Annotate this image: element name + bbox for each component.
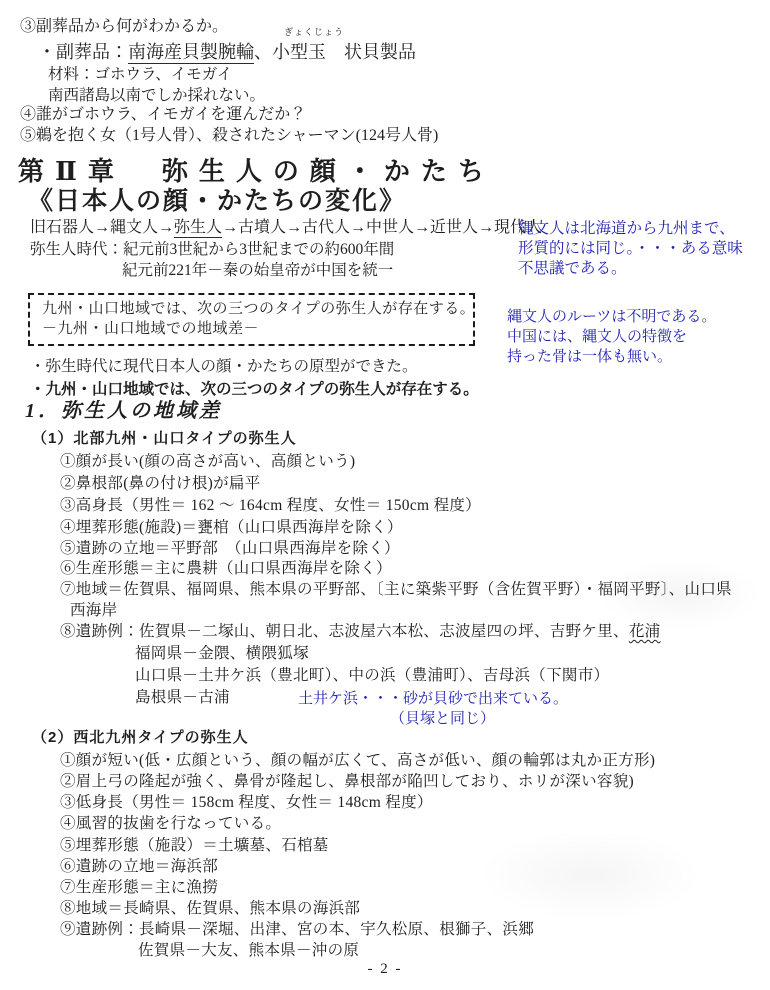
material-line: 材料：ゴホウラ、イモガイ — [48, 65, 232, 84]
era-line-2: 紀元前221年－秦の始皇帝が中国を統一 — [122, 261, 393, 280]
note-doigahama: 土井ケ浜・・・砂が貝砂で出来ている。 — [298, 690, 568, 709]
sub1-item-1: ①顔が長い(顔の高さが高い、高顔という) — [60, 452, 355, 471]
site-list-fukuoka: 福岡県－金隈、横隈狐塚 — [135, 644, 309, 663]
note-line: 縄文人のルーツは不明である。 — [507, 307, 716, 327]
sub1-item-3: ③高身長（男性＝ 162 ～ 164cm 程度、女性＝ 150cm 程度） — [60, 496, 481, 515]
note-line: 縄文人は北海道から九州まで、 — [518, 219, 743, 239]
page-number: - 2 - — [0, 961, 770, 978]
q4-transport-question: ④誰がゴホウラ、イモガイを運んだか？ — [20, 105, 306, 125]
era-line-1: 弥生人時代：紀元前3世紀から3世紀までの約600年間 — [30, 240, 394, 259]
q5-skeleton-line: ⑤鵜を抱く女（1号人骨）、殺されたシャーマン(124号人骨) — [20, 126, 438, 146]
note-line: 中国には、縄文人の特徴を — [507, 327, 716, 347]
note-line: 不思議である。 — [518, 259, 743, 279]
origin-line: 南西諸島以南でしか採れない。 — [48, 86, 265, 105]
hanaura-term: 花浦 — [629, 623, 661, 640]
sub2-item-7: ⑦生産形態＝主に漁撈 — [60, 878, 218, 897]
scanned-document-page: ③副葬品から何がわかるか。 ぎょくじょう ・副葬品：南海産貝製腕輪、小型玉 状貝… — [0, 0, 770, 990]
grave-goods-label: ・副葬品： — [38, 42, 128, 62]
yayoi-term: 弥生人 — [174, 219, 222, 238]
chapter-subtitle: 《日本人の顔・かたちの変化》 — [28, 186, 406, 217]
sub2-item-9-cont: 佐賀県－大友、熊本県－沖の原 — [138, 941, 359, 960]
grave-goods-rest: 、小型玉 状貝製品 — [254, 42, 416, 62]
key-point-box: 九州・山口地域では、次の三つのタイプの弥生人が存在する。 －九州・山口地域での地… — [28, 293, 475, 346]
grave-goods-detail-line: ・副葬品：南海産貝製腕輪、小型玉 状貝製品 — [38, 41, 416, 64]
sub2-item-8: ⑧地域＝長崎県、佐賀県、熊本県の海浜部 — [60, 899, 360, 918]
sub1-item-4: ④埋葬形態(施設)＝甕棺（山口県西海岸を除く） — [60, 518, 403, 537]
lineage-post: →古墳人→古代人→中世人→近世人→現代人 — [222, 219, 542, 236]
sub2-item-3: ③低身長（男性＝ 158cm 程度、女性＝ 148cm 程度） — [60, 793, 433, 812]
note-doigahama-cont: （貝塚と同じ） — [390, 710, 495, 729]
note-line: 持った骨は一体も無い。 — [507, 347, 716, 367]
shell-bracelet-term: 南海産貝製腕輪 — [128, 42, 254, 64]
box-line-1: 九州・山口地域では、次の三つのタイプの弥生人が存在する。 — [42, 299, 463, 319]
site-list-yamaguchi: 山口県－土井ケ浜（豊北町）、中の浜（豊浦町）、吉母浜（下関市） — [135, 666, 609, 685]
note-line: 形質的には同じ。・・・ある意味 — [518, 239, 743, 259]
lineage-pre: 旧石器人→縄文人→ — [30, 219, 174, 236]
q3-grave-goods-question: ③副葬品から何がわかるか。 — [20, 17, 228, 37]
sub1-item-2: ②鼻根部(鼻の付け根)が扁平 — [60, 474, 261, 493]
scan-smudge — [480, 830, 700, 920]
sub2-item-2: ②眉上弓の隆起が強く、鼻骨が隆起し、鼻根部が陥凹しており、ホリが深い容貌) — [60, 772, 634, 791]
lineage-line: 旧石器人→縄文人→弥生人→古墳人→古代人→中世人→近世人→現代人 — [30, 218, 542, 238]
sub1-item-6: ⑥生産形態＝主に農耕（山口県西海岸を除く） — [60, 559, 392, 578]
box-line-2: －九州・山口地域での地域差－ — [42, 319, 463, 339]
sub2-item-6: ⑥遺跡の立地＝海浜部 — [60, 857, 218, 876]
margin-note-jomon-same: 縄文人は北海道から九州まで、 形質的には同じ。・・・ある意味 不思議である。 — [518, 219, 743, 279]
chapter-title: 第Ⅱ章 弥生人の顔・かたち — [18, 156, 495, 189]
section-1-heading: 1．弥生人の地域差 — [25, 399, 222, 424]
margin-note-jomon-roots: 縄文人のルーツは不明である。 中国には、縄文人の特徴を 持った骨は一体も無い。 — [507, 307, 716, 367]
site-list-saga: ⑧遺跡例：佐賀県－二塚山、朝日北、志波屋六本松、志波屋四の坪、吉野ケ里、 — [60, 623, 629, 640]
subsection-2-heading: （2）西北九州タイプの弥生人 — [32, 729, 249, 748]
bullet-prototype: ・弥生時代に現代日本人の顔・かたちの原型ができた。 — [30, 357, 418, 376]
sub2-item-9: ⑨遺跡例：長崎県－深堀、出津、宮の本、宇久松原、根獅子、浜郷 — [60, 920, 534, 939]
sub1-item-7: ⑦地域＝佐賀県、福岡県、熊本県の平野部、〔主に築紫平野（含佐賀平野）・福岡平野〕… — [60, 580, 732, 599]
sub1-item-8: ⑧遺跡例：佐賀県－二塚山、朝日北、志波屋六本松、志波屋四の坪、吉野ケ里、花浦 — [60, 622, 660, 641]
sub1-item-5: ⑤遺跡の立地＝平野部 （山口県西海岸を除く） — [60, 539, 400, 558]
furigana-gyokujou: ぎょくじょう — [284, 27, 344, 38]
sub2-item-4: ④風習的抜歯を行なっている。 — [60, 814, 281, 833]
bullet-three-types: ・九州・山口地域では、次の三つのタイプの弥生人が存在する。 — [30, 380, 479, 399]
sub2-item-5: ⑤埋葬形態（施設）＝土壙墓、石棺墓 — [60, 836, 329, 855]
sub2-item-1: ①顔が短い(低・広顔という、顔の幅が広くて、高さが低い、顔の輪郭は丸か正方形) — [60, 751, 655, 770]
site-list-shimane: 島根県－古浦 — [135, 688, 230, 707]
sub1-item-7-cont: 西海岸 — [70, 601, 117, 620]
subsection-1-heading: （1）北部九州・山口タイプの弥生人 — [32, 430, 297, 449]
